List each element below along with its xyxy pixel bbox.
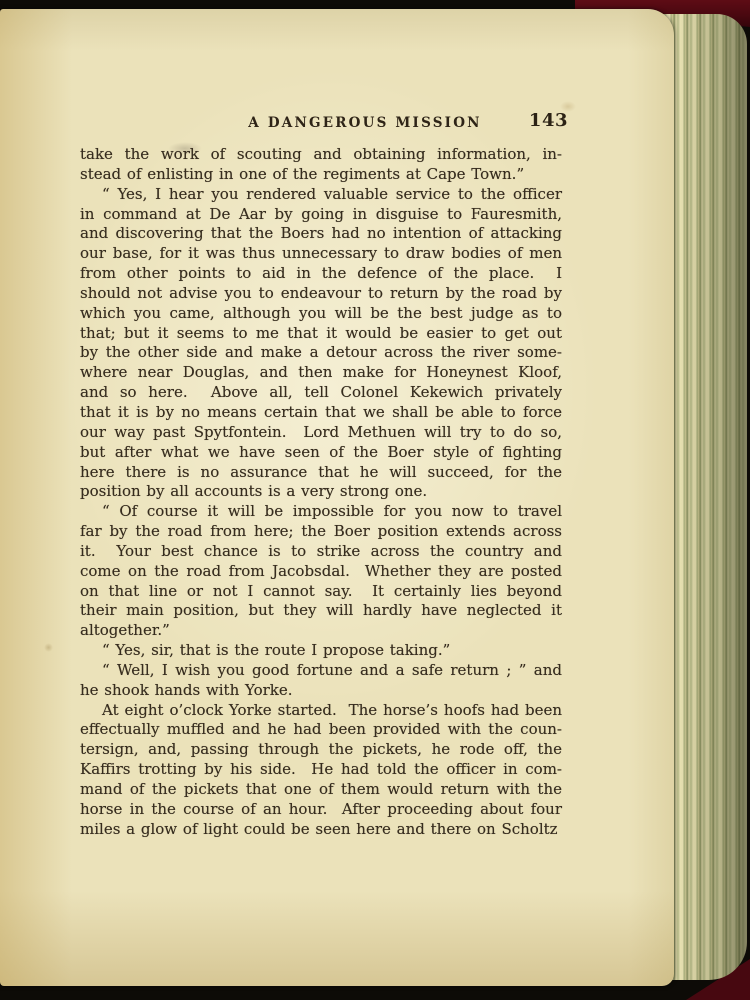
paragraph: “ Well, I wish you good fortune and a sa… [80,661,562,701]
text-line: come on the road from Jacobsdal. Whether… [80,562,562,582]
text-line: here there is no assurance that he will … [80,463,562,483]
text-line: on that line or not I cannot say. It cer… [80,582,562,602]
text-line: “ Yes, I hear you rendered valuable serv… [80,185,562,205]
paragraph: take the work of scouting and obtaining … [80,145,562,185]
text-line: should not advise you to endeavour to re… [80,284,562,304]
text-line: it. Your best chance is to strike across… [80,542,562,562]
page-stain [44,643,53,652]
text-line: our base, for it was thus unnecessary to… [80,244,562,264]
text-line: that it is by no means certain that we s… [80,403,562,423]
paragraph: “ Yes, I hear you rendered valuable serv… [80,185,562,503]
page-number: 143 [529,110,568,131]
text-line: “ Of course it will be impossible for yo… [80,502,562,522]
text-line: miles a glow of light could be seen here… [80,820,562,840]
text-line: position by all accounts is a very stron… [80,482,562,502]
text-line: far by the road from here; the Boer posi… [80,522,562,542]
paragraph: “ Of course it will be impossible for yo… [80,502,562,641]
text-line: Kaffirs trotting by his side. He had tol… [80,760,562,780]
text-line: “ Well, I wish you good fortune and a sa… [80,661,562,681]
text-line: mand of the pickets that one of them wou… [80,780,562,800]
text-line: At eight o’clock Yorke started. The hors… [80,701,562,721]
text-line: their main position, but they will hardl… [80,601,562,621]
text-line: take the work of scouting and obtaining … [80,145,562,165]
book-page: A DANGEROUS MISSION 143 take the work of… [0,9,674,986]
text-line: horse in the course of an hour. After pr… [80,800,562,820]
text-line: he shook hands with Yorke. [80,681,562,701]
text-line: from other points to aid in the defence … [80,264,562,284]
text-line: and discovering that the Boers had no in… [80,224,562,244]
running-head: A DANGEROUS MISSION 143 [80,111,562,135]
text-line: effectually muffled and he had been prov… [80,720,562,740]
text-line: that; but it seems to me that it would b… [80,324,562,344]
text-line: and so here. Above all, tell Colonel Kek… [80,383,562,403]
text-line: our way past Spytfontein. Lord Methuen w… [80,423,562,443]
text-line: by the other side and make a detour acro… [80,343,562,363]
text-line: “ Yes, sir, that is the route I propose … [80,641,562,661]
text-line: tersign, and, passing through the picket… [80,740,562,760]
text-line: but after what we have seen of the Boer … [80,443,562,463]
text-line: which you came, although you will be the… [80,304,562,324]
text-line: stead of enlisting in one of the regimen… [80,165,562,185]
paragraph: At eight o’clock Yorke started. The hors… [80,701,562,840]
text-line: where near Douglas, and then make for Ho… [80,363,562,383]
text-line: in command at De Aar by going in disguis… [80,205,562,225]
scanned-book-photo: A DANGEROUS MISSION 143 take the work of… [0,0,750,1000]
text-block: take the work of scouting and obtaining … [80,145,562,840]
paragraph: “ Yes, sir, that is the route I propose … [80,641,562,661]
text-line: altogether.” [80,621,562,641]
